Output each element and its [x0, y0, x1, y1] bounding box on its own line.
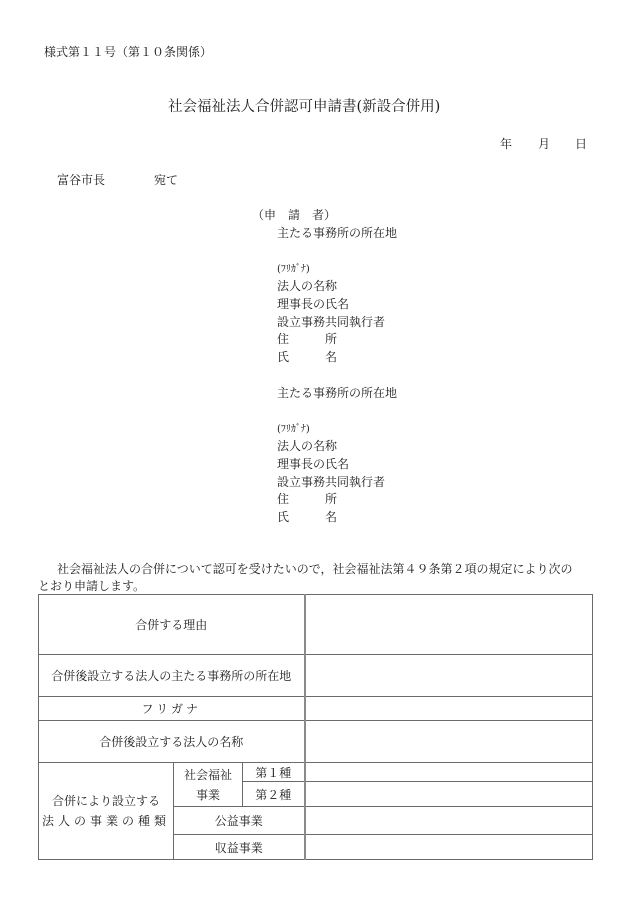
business-types-label-line-2: 法人の事業の種類: [39, 811, 173, 831]
address-label-2: 所: [325, 330, 337, 347]
profit-business-label: 収益事業: [174, 835, 305, 860]
chairman-name-label: 理事長の氏名: [277, 295, 349, 312]
address-label-2: 所: [325, 490, 337, 507]
type2-label: 第２種: [243, 782, 305, 807]
office-location-label: 主たる事務所の所在地: [277, 224, 397, 241]
social-welfare-business-label: 社会福祉 事業: [174, 763, 243, 807]
body-text-line-2: とおり申請します。: [38, 577, 145, 594]
name-label-1: 氏: [277, 508, 289, 525]
new-office-location-field[interactable]: [305, 655, 593, 697]
body-text-line-1: 社会福祉法人の合併について認可を受けたいので，社会福祉法第４９条第２項の規定によ…: [57, 560, 573, 577]
date-month-label: 月: [538, 135, 550, 152]
date-day-label: 日: [575, 135, 587, 152]
type2-field[interactable]: [305, 782, 593, 807]
furigana-field[interactable]: [305, 697, 593, 721]
new-corp-name-field[interactable]: [305, 721, 593, 763]
social-welfare-line-2: 事業: [174, 785, 242, 805]
application-table: 合併する理由 合併後設立する法人の主たる事務所の所在地 フリガナ 合併後設立する…: [38, 594, 593, 860]
addressee-name: 富谷市長: [57, 171, 105, 188]
address-label-1: 住: [277, 330, 289, 347]
furigana-label: フリガナ: [39, 697, 305, 721]
applicant-heading: （申 請 者）: [252, 206, 336, 223]
table-row: 合併後設立する法人の名称: [39, 721, 593, 763]
table-row: 合併する理由: [39, 595, 593, 655]
table-row: 合併により設立する 法人の事業の種類 社会福祉 事業 第１種: [39, 763, 593, 782]
joint-executor-label: 設立事務共同執行者: [277, 313, 385, 330]
table-row: フリガナ: [39, 697, 593, 721]
form-number: 様式第１１号（第１０条関係）: [44, 43, 212, 60]
chairman-name-label: 理事長の氏名: [277, 455, 349, 472]
page-title: 社会福祉法人合併認可申請書(新設合併用): [168, 95, 440, 116]
business-types-label: 合併により設立する 法人の事業の種類: [39, 763, 174, 860]
table-row: 合併後設立する法人の主たる事務所の所在地: [39, 655, 593, 697]
social-welfare-line-1: 社会福祉: [174, 765, 242, 785]
type1-label: 第１種: [243, 763, 305, 782]
merger-reason-label: 合併する理由: [39, 595, 305, 655]
address-label-1: 住: [277, 490, 289, 507]
date-year-label: 年: [500, 135, 512, 152]
name-label-2: 名: [325, 348, 337, 365]
public-interest-field[interactable]: [305, 807, 593, 835]
new-corp-name-label: 合併後設立する法人の名称: [39, 721, 305, 763]
new-office-location-label: 合併後設立する法人の主たる事務所の所在地: [39, 655, 305, 697]
corp-name-label: 法人の名称: [277, 277, 337, 294]
name-label-1: 氏: [277, 348, 289, 365]
addressee-suffix: 宛て: [154, 171, 178, 188]
furigana-label: (ﾌﾘｶﾞﾅ): [277, 260, 310, 275]
joint-executor-label: 設立事務共同執行者: [277, 473, 385, 490]
name-label-2: 名: [325, 508, 337, 525]
public-interest-label: 公益事業: [174, 807, 305, 835]
furigana-label: (ﾌﾘｶﾞﾅ): [277, 420, 310, 435]
merger-reason-field[interactable]: [305, 595, 593, 655]
corp-name-label: 法人の名称: [277, 437, 337, 454]
profit-business-field[interactable]: [305, 835, 593, 860]
office-location-label: 主たる事務所の所在地: [277, 384, 397, 401]
business-types-label-line-1: 合併により設立する: [39, 791, 173, 811]
type1-field[interactable]: [305, 763, 593, 782]
